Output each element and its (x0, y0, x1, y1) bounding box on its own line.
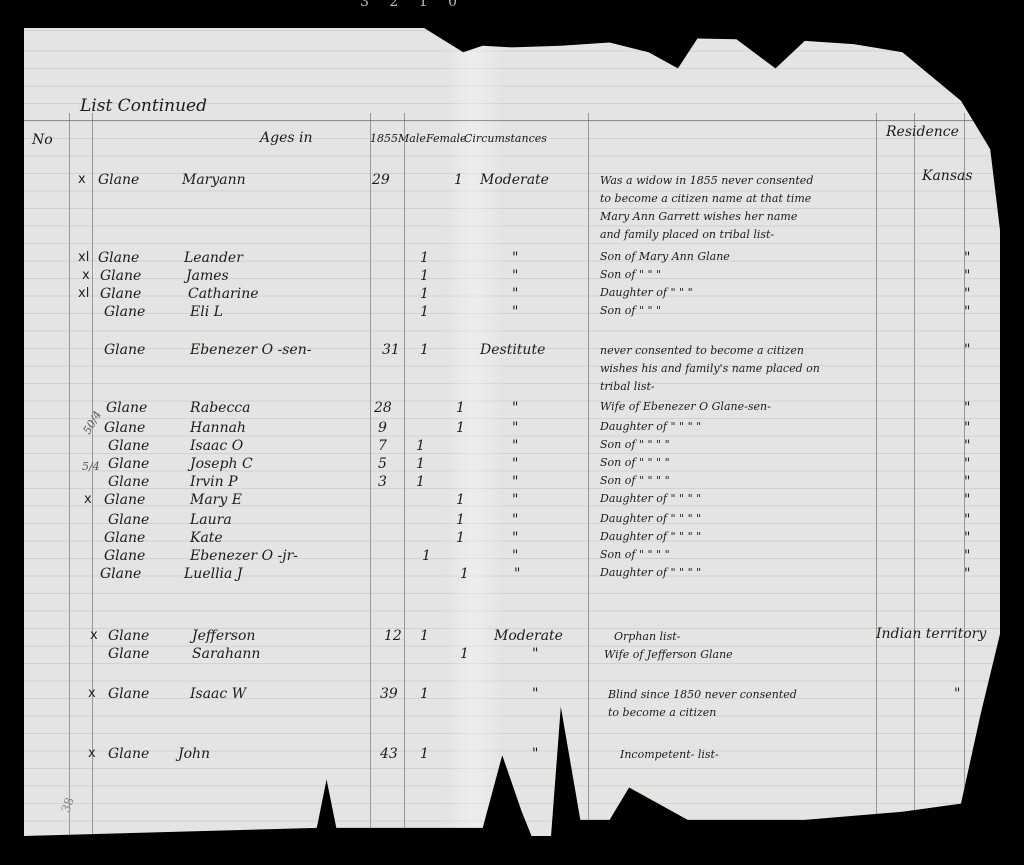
residence: " (964, 474, 970, 490)
given-name: Eli L (190, 304, 223, 320)
surname: Glane (104, 548, 145, 564)
surname: Glane (108, 474, 149, 490)
remarks-line: Wife of Ebenezer O Glane-sen- (600, 400, 771, 413)
row-check-mark: x (88, 746, 96, 761)
margin-note: 5/4 (82, 460, 100, 473)
remarks-line: Son of " " " " (600, 474, 670, 487)
age: 31 (382, 342, 400, 358)
row-check-mark: x (90, 628, 98, 643)
male-count: 1 (420, 686, 429, 702)
male-count: 1 (416, 474, 425, 490)
circumstances: Moderate (480, 172, 549, 188)
surname: Glane (108, 646, 149, 662)
circumstances: Moderate (494, 628, 563, 644)
given-name: John (178, 746, 210, 762)
circumstances: " (532, 746, 538, 762)
male-count: 1 (422, 548, 431, 564)
remarks-line: tribal list- (600, 380, 655, 393)
given-name: Leander (184, 250, 243, 266)
surname: Glane (108, 456, 149, 472)
female-count: 1 (456, 512, 465, 528)
surname: Glane (106, 400, 147, 416)
remarks-line: Son of " " " " (600, 438, 670, 451)
residence: Indian territory (876, 626, 986, 642)
male-count: 1 (420, 286, 429, 302)
given-name: Rabecca (190, 400, 250, 416)
remarks-line: Was a widow in 1855 never consented (600, 174, 813, 187)
list-heading: List Continued (80, 96, 207, 116)
surname: Glane (98, 172, 139, 188)
col-header-year: 1855 (370, 132, 398, 145)
circumstances: " (532, 646, 538, 662)
circumstances: " (512, 420, 518, 436)
circumstances: " (512, 548, 518, 564)
col-header-circumstances: Circumstances (464, 132, 547, 145)
female-count: 1 (456, 530, 465, 546)
circumstances: " (512, 492, 518, 508)
circumstances: " (512, 456, 518, 472)
residence: " (964, 512, 970, 528)
given-name: Laura (190, 512, 232, 528)
row-check-mark: x (84, 492, 92, 507)
male-count: 1 (420, 250, 429, 266)
remarks-line: to become a citizen (608, 706, 716, 719)
remarks-line: Son of " " " " (600, 548, 670, 561)
residence: " (964, 566, 970, 582)
circumstances: " (512, 512, 518, 528)
age: 5 (378, 456, 387, 472)
remarks-line: wishes his and family's name placed on (600, 362, 820, 375)
col-header-male: Male (398, 132, 426, 145)
remarks-line: Daughter of " " " (600, 286, 693, 299)
residence: Kansas (922, 168, 973, 184)
surname: Glane (104, 492, 145, 508)
male-count: 1 (420, 628, 429, 644)
remarks-line: Daughter of " " " " (600, 530, 701, 543)
surname: Glane (104, 342, 145, 358)
given-name: Luellia J (184, 566, 242, 582)
remarks-line: Orphan list- (614, 630, 680, 643)
remarks-line: never consented to become a citizen (600, 344, 804, 357)
female-count: 1 (456, 400, 465, 416)
surname: Glane (100, 286, 141, 302)
remarks-line: to become a citizen name at that time (600, 192, 811, 205)
remarks-line: Wife of Jefferson Glane (604, 648, 733, 661)
surname: Glane (108, 512, 149, 528)
given-name: Joseph C (190, 456, 253, 472)
female-count: 1 (454, 172, 463, 188)
surname: Glane (100, 268, 141, 284)
female-count: 1 (456, 420, 465, 436)
age: 12 (384, 628, 402, 644)
age: 43 (380, 746, 398, 762)
remarks-line: Blind since 1850 never consented (608, 688, 797, 701)
age: 7 (378, 438, 387, 454)
circumstances: " (512, 438, 518, 454)
given-name: Catharine (188, 286, 259, 302)
remarks-line: Daughter of " " " " (600, 420, 701, 433)
given-name: Mary E (190, 492, 242, 508)
surname: Glane (104, 304, 145, 320)
header-rule (24, 120, 1000, 121)
surname: Glane (108, 746, 149, 762)
page-number: 38 (58, 795, 76, 814)
col-line-residence (876, 113, 877, 836)
surname: Glane (100, 566, 141, 582)
circumstances: " (512, 250, 518, 266)
residence: " (964, 400, 970, 416)
given-name: Isaac W (190, 686, 246, 702)
col-line-remarks (588, 113, 589, 836)
remarks-line: Son of " " " " (600, 456, 670, 469)
residence: " (964, 492, 970, 508)
circumstances: " (512, 286, 518, 302)
remarks-line: Daughter of " " " " (600, 566, 701, 579)
circumstances: " (512, 474, 518, 490)
given-name: Kate (190, 530, 223, 546)
surname: Glane (108, 438, 149, 454)
given-name: Ebenezer O -sen- (190, 342, 311, 358)
residence: " (964, 530, 970, 546)
given-name: James (186, 268, 229, 284)
residence: " (964, 342, 970, 358)
residence: " (964, 268, 970, 284)
circumstances: Destitute (480, 342, 545, 358)
circumstances: " (512, 530, 518, 546)
male-count: 1 (416, 438, 425, 454)
remarks-line: Incompetent- list- (620, 748, 719, 761)
age: 29 (372, 172, 390, 188)
given-name: Sarahann (192, 646, 260, 662)
row-check-mark: xl (78, 250, 89, 265)
given-name: Ebenezer O -jr- (190, 548, 298, 564)
row-check-mark: xl (78, 286, 89, 301)
male-count: 1 (420, 746, 429, 762)
remarks-line: and family placed on tribal list- (600, 228, 774, 241)
col-header-ages: Ages in (260, 130, 313, 146)
reel-mark: 3 2 1 0 (360, 0, 465, 10)
surname: Glane (108, 686, 149, 702)
row-check-mark: x (82, 268, 90, 283)
col-line-residence-right (914, 113, 915, 836)
remarks-line: Son of Mary Ann Glane (600, 250, 730, 263)
row-check-mark: x (78, 172, 86, 187)
col-line-age (370, 113, 371, 836)
male-count: 1 (416, 456, 425, 472)
female-count: 1 (460, 566, 469, 582)
circumstances: " (512, 400, 518, 416)
circumstances: " (514, 566, 520, 582)
remarks-line: Mary Ann Garrett wishes her name (600, 210, 797, 223)
circumstances: " (532, 686, 538, 702)
given-name: Isaac O (190, 438, 243, 454)
given-name: Jefferson (192, 628, 255, 644)
age: 9 (378, 420, 387, 436)
col-line-mark (92, 113, 93, 836)
col-line-no (69, 113, 70, 836)
col-header-no: No (32, 132, 53, 148)
circumstances: " (512, 268, 518, 284)
residence: " (964, 438, 970, 454)
row-check-mark: x (88, 686, 96, 701)
margin-note: 50/4 (81, 409, 105, 437)
male-count: 1 (420, 304, 429, 320)
residence: " (964, 420, 970, 436)
remarks-line: Son of " " " (600, 268, 661, 281)
given-name: Irvin P (190, 474, 238, 490)
age: 39 (380, 686, 398, 702)
residence: " (964, 286, 970, 302)
male-count: 1 (420, 268, 429, 284)
remarks-line: Daughter of " " " " (600, 492, 701, 505)
residence: " (964, 548, 970, 564)
surname: Glane (98, 250, 139, 266)
col-line-male (404, 113, 405, 836)
surname: Glane (104, 420, 145, 436)
residence: " (954, 686, 960, 702)
surname: Glane (108, 628, 149, 644)
surname: Glane (104, 530, 145, 546)
given-name: Hannah (190, 420, 246, 436)
residence: " (964, 456, 970, 472)
remarks-line: Son of " " " (600, 304, 661, 317)
residence: " (964, 250, 970, 266)
female-count: 1 (460, 646, 469, 662)
age: 3 (378, 474, 387, 490)
given-name: Maryann (182, 172, 246, 188)
remarks-line: Daughter of " " " " (600, 512, 701, 525)
circumstances: " (512, 304, 518, 320)
male-count: 1 (420, 342, 429, 358)
col-header-female: Female (426, 132, 467, 145)
female-count: 1 (456, 492, 465, 508)
page-fold (444, 28, 504, 836)
col-header-residence: Residence (886, 124, 959, 140)
residence: " (964, 304, 970, 320)
age: 28 (374, 400, 392, 416)
ledger-page: List Continued No Ages in 1855 Male Fema… (24, 28, 1000, 836)
